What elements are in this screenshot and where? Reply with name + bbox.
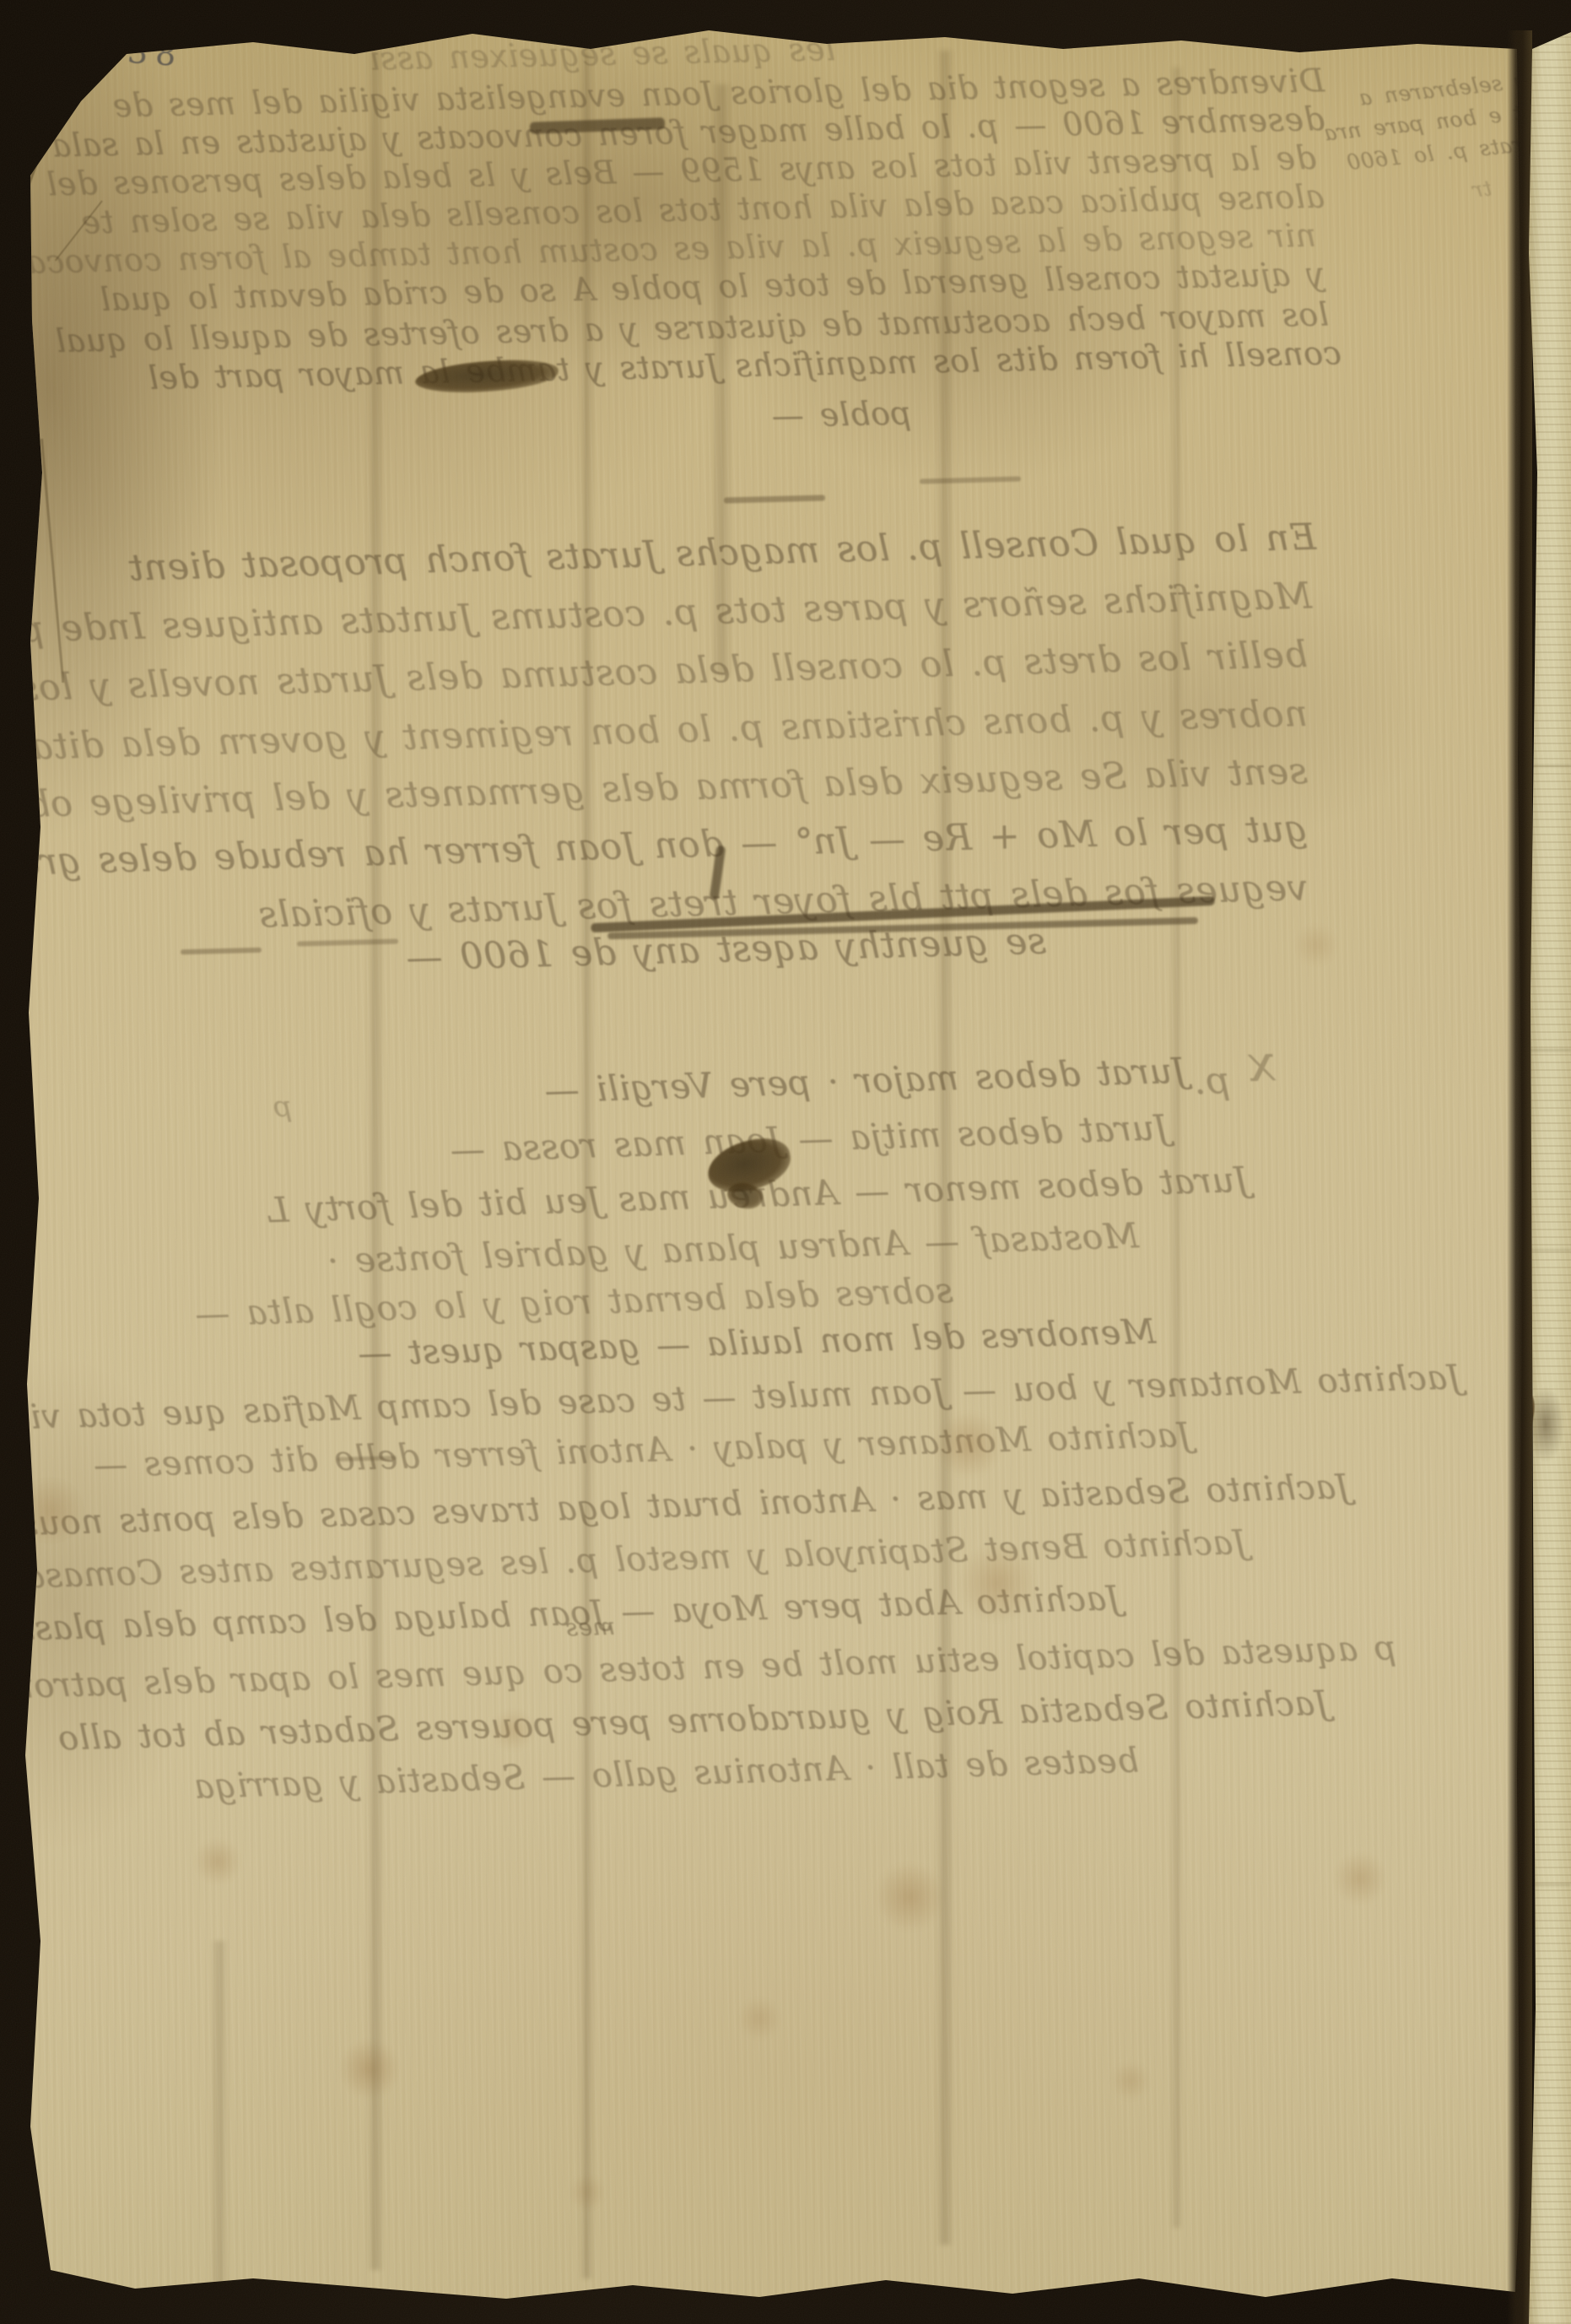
paper-crease-streak [937, 51, 953, 2245]
ink-dash [724, 495, 825, 503]
handwriting-line-annotation-top-right: tr [1432, 176, 1493, 206]
foxing-spot [194, 1838, 241, 1885]
fore-edge-page-line [1529, 1249, 1571, 1251]
handwriting-line-officials-list: x [1224, 1034, 1277, 1094]
foxing-spot [491, 1708, 535, 1752]
foxing-spot [1333, 1851, 1387, 1905]
fore-edge-page-line [1529, 1884, 1571, 1886]
handwriting-line-paragraph-2: En lo qual Consell p. los magchs Jurats … [270, 516, 1317, 586]
handwriting-line-paragraph-3: Jachinto Montaner y bou — Joan mulet — t… [94, 1358, 1462, 1435]
handwriting-line-paragraph-3: mes [539, 1613, 616, 1643]
book-fore-edge [1529, 0, 1571, 2324]
foxing-spot [957, 1543, 1038, 1624]
foxing-spot [1294, 923, 1338, 967]
foxing-spot [1110, 2061, 1151, 2101]
fore-edge-page-line [1529, 1049, 1571, 1051]
foxing-spot [874, 1862, 945, 1932]
handwriting-line-paragraph-1: les quals se segueixen assi [363, 30, 836, 78]
handwriting-line-officials-list: p. [1179, 1059, 1231, 1104]
handwriting-line-officials-list: p [257, 1089, 292, 1124]
ink-dash [920, 476, 1021, 484]
ink-dash [297, 938, 398, 946]
foxing-spot [17, 1477, 84, 1544]
photo-background: 838 any selebraren aport e bon pare nraJ… [0, 0, 1571, 2324]
manuscript-page: 838 any selebraren aport e bon pare nraJ… [0, 0, 1571, 2324]
handwriting-line-officials-list: Jurat debos mitja — Joan mas rossa — [425, 1107, 1169, 1171]
ink-dash [181, 948, 262, 955]
paper-crease-streak [211, 1941, 228, 2295]
fore-edge-page-line [1529, 765, 1571, 767]
handwriting-line-officials-list: Jurat debos major · pere Vergili — [468, 1051, 1186, 1114]
page-number: 838 [99, 31, 185, 74]
paper-crease-streak [1171, 68, 1182, 2228]
page-edge-shadow-gap [1507, 30, 1532, 2324]
handwriting-line-paragraph-1: poble — [713, 395, 912, 436]
paper-crease-streak [580, 51, 593, 2278]
paper-crease-streak [710, 84, 732, 675]
foxing-spot [737, 1997, 781, 2040]
paper-crease-streak [368, 51, 383, 2270]
